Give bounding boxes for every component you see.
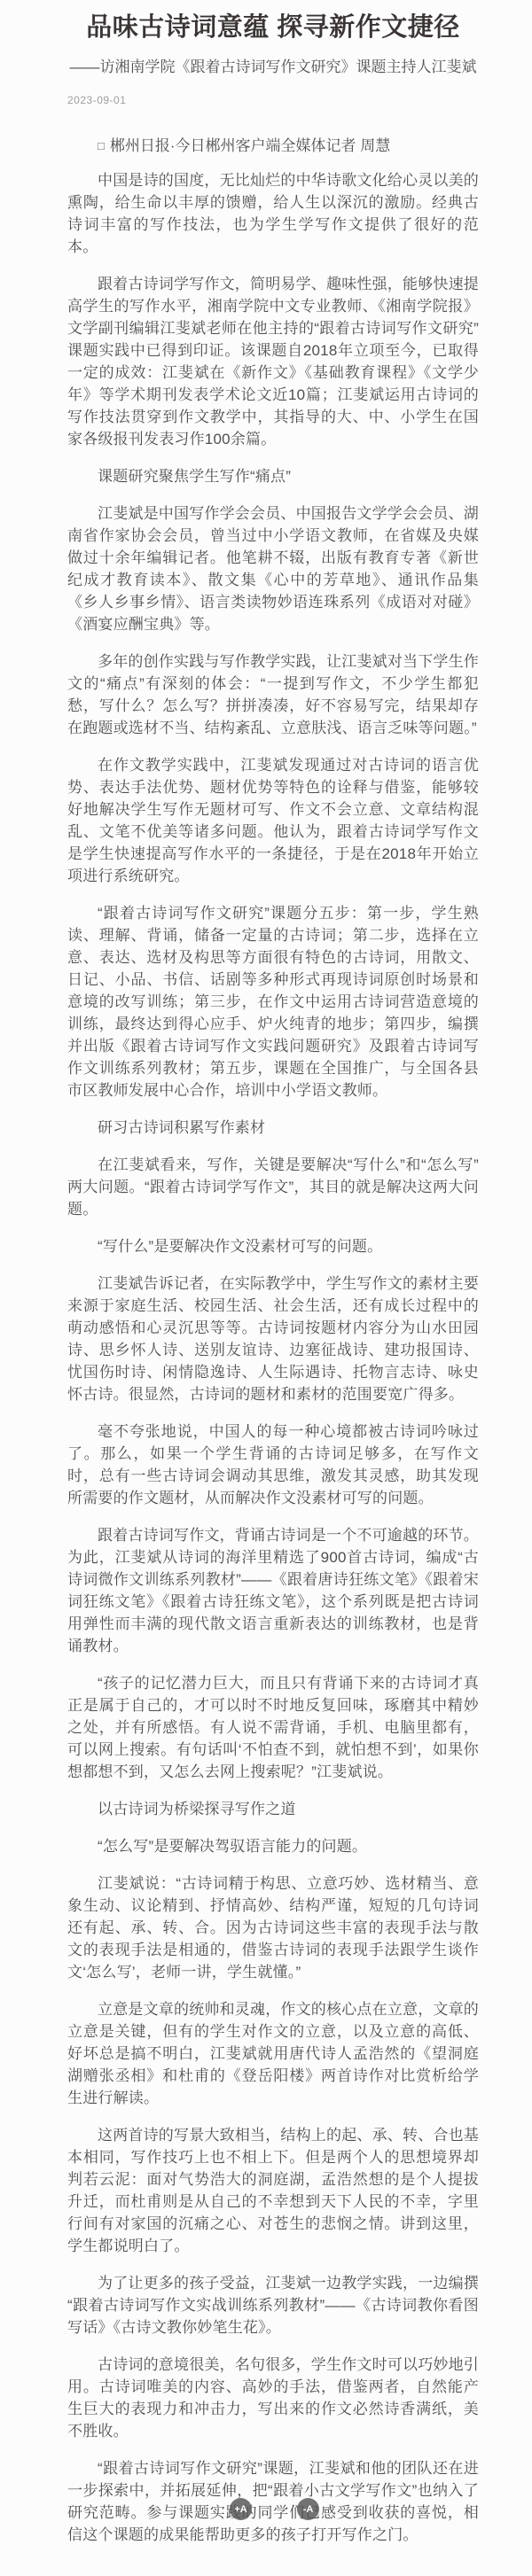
paragraph: 这两首诗的写景大致相当，结构上的起、承、转、合也基本相同，写作技巧上也不相上下。… [67,2124,479,2257]
page-title: 品味古诗词意蕴 探寻新作文捷径 [67,12,479,43]
paragraph: 江斐斌说：“古诗词精于构思、立意巧妙、选材精当、意象生动、议论精到、抒情高妙、结… [67,1872,479,1983]
font-decrease-button[interactable]: -A [297,2498,319,2520]
paragraph: “跟着古诗词写作文研究”课题，江斐斌和他的团队还在进一步探索中，并拓展延伸，把“… [67,2457,479,2546]
paragraph: 江斐斌是中国写作学会会员、中国报告文学学会会员、湖南省作家协会会员，曾当过中小学… [67,502,479,635]
article-page: 品味古诗词意蕴 探寻新作文捷径 ——访湘南学院《跟着古诗词写作文研究》课题主持人… [0,0,532,2576]
paragraph: 跟着古诗词学写作文，简明易学、趣味性强，能够快速提高学生的写作水平，湘南学院中文… [67,273,479,450]
paragraph: 毫不夸张地说，中国人的每一种心境都被古诗词吟咏过了。那么，如果一个学生背诵的古诗… [67,1420,479,1509]
paragraph: 在江斐斌看来，写作，关键是要解决“写什么”和“怎么写”两大问题。“跟着古诗词学写… [67,1154,479,1220]
byline-square-icon: □ [98,139,105,152]
paragraph: 在作文教学实践中，江斐斌发现通过对古诗词的语言优势、表达手法优势、题材优势等特色… [67,754,479,887]
section-heading: 课题研究聚焦学生写作“痛点” [67,465,479,487]
paragraph: “怎么写”是要解决驾驭语言能力的问题。 [67,1835,479,1857]
paragraph: 古诗词的意境很美，名句很多，学生作文时可以巧妙地引用。古诗词唯美的内容、高妙的手… [67,2354,479,2442]
section-heading: 以古诗词为桥梁探寻写作之道 [67,1798,479,1820]
font-increase-button[interactable]: +A [230,2498,252,2520]
article-body: 中国是诗的国度，无比灿烂的中华诗歌文化给心灵以美的熏陶，给生命以丰厚的馈赠，给人… [67,169,479,2546]
publish-date: 2023-09-01 [67,94,479,106]
paragraph: “写什么”是要解决作文没素材可写的问题。 [67,1235,479,1257]
section-heading: 研习古诗词积累写作素材 [67,1117,479,1139]
byline: □郴州日报·今日郴州客户端全媒体记者 周慧 [67,133,479,155]
paragraph: 跟着古诗词写作文，背诵古诗词是一个不可逾越的环节。为此，江斐斌从诗词的海洋里精选… [67,1524,479,1657]
paragraph: 中国是诗的国度，无比灿烂的中华诗歌文化给心灵以美的熏陶，给生命以丰厚的馈赠，给人… [67,169,479,258]
paragraph: 立意是文章的统帅和灵魂，作文的核心点在立意，文章的立意是关键，但有的学生对作文的… [67,1998,479,2109]
paragraph: 江斐斌告诉记者，在实际教学中，学生写作文的素材主要来源于家庭生活、校园生活、社会… [67,1272,479,1405]
byline-text: 郴州日报·今日郴州客户端全媒体记者 周慧 [110,137,390,154]
paragraph: 为了让更多的孩子受益，江斐斌一边教学实践，一边编撰“跟着古诗词写作文实战训练系列… [67,2272,479,2339]
paragraph: “孩子的记忆潜力巨大，而且只有背诵下来的古诗词才真正是属于自己的，才可以时不时地… [67,1672,479,1783]
article-content: 品味古诗词意蕴 探寻新作文捷径 ——访湘南学院《跟着古诗词写作文研究》课题主持人… [67,0,479,2561]
paragraph: 多年的创作实践与写作教学实践，让江斐斌对当下学生作文的“痛点”有深刻的体会：“一… [67,650,479,739]
paragraph: “跟着古诗词写作文研究”课题分五步：第一步，学生熟读、理解、背诵，储备一定量的古… [67,902,479,1101]
article-subtitle: ——访湘南学院《跟着古诗词写作文研究》课题主持人江斐斌 [67,58,479,77]
